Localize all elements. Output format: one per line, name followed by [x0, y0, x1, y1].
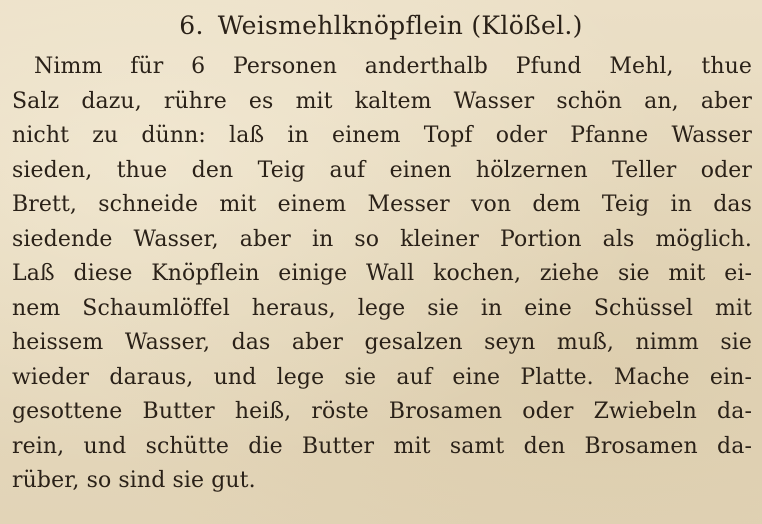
recipe-heading: 6.Weismehlknöpflein (Klößel.) [0, 6, 762, 46]
recipe-body: Nimm für 6 Personen anderthalb Pfund Meh… [12, 50, 752, 499]
text-line: wieder daraus, und lege sie auf eine Pla… [12, 361, 752, 396]
text-line: siedende Wasser, aber in so kleiner Port… [12, 223, 752, 258]
text-line: sieden, thue den Teig auf einen hölzerne… [12, 154, 752, 189]
text-line: nem Schaumlöffel heraus, lege sie in ein… [12, 292, 752, 327]
scanned-page: 6.Weismehlknöpflein (Klößel.) Nimm für 6… [0, 0, 762, 524]
text-line: heissem Wasser, das aber gesalzen seyn m… [12, 326, 752, 361]
text-line: nicht zu dünn: laß in einem Topf oder Pf… [12, 119, 752, 154]
text-line: Salz dazu, rühre es mit kaltem Wasser sc… [12, 85, 752, 120]
recipe-number: 6. [179, 11, 203, 40]
text-line: rein, und schütte die Butter mit samt de… [12, 430, 752, 465]
text-line: Laß diese Knöpflein einige Wall kochen, … [12, 257, 752, 292]
text-line: Brett, schneide mit einem Messer von dem… [12, 188, 752, 223]
recipe-title: Weismehlknöpflein (Klößel.) [218, 11, 583, 40]
text-line: Nimm für 6 Personen anderthalb Pfund Meh… [12, 50, 752, 85]
text-line: rüber, so sind sie gut. [12, 464, 752, 499]
text-line: gesottene Butter heiß, röste Brosamen od… [12, 395, 752, 430]
